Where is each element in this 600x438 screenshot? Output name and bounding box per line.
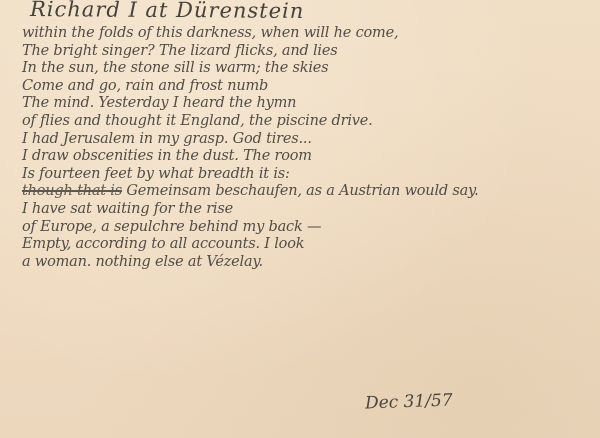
poem-line: I had Jerusalem in my grasp. God tires..… bbox=[22, 131, 592, 149]
date-signature: Dec 31/57 bbox=[365, 390, 453, 413]
poem-line: a woman. nothing else at Vézelay. bbox=[22, 254, 592, 272]
line-continuation: Gemeinsam beschaufen, as a Austrian woul… bbox=[122, 183, 479, 199]
poem-line: of flies and thought it England, the pis… bbox=[22, 113, 592, 131]
poem-line: I draw obscenities in the dust. The room bbox=[22, 148, 592, 166]
poem-title: Richard I at Dürenstein bbox=[30, 0, 305, 23]
struck-out-text: though that is bbox=[22, 183, 122, 199]
poem-line: within the folds of this darkness, when … bbox=[22, 25, 592, 43]
poem-line-with-strikethrough: though that is Gemeinsam beschaufen, as … bbox=[22, 183, 592, 201]
poem-line: The bright singer? The lizard flicks, an… bbox=[22, 43, 592, 61]
poem-body: within the folds of this darkness, when … bbox=[22, 25, 592, 271]
poem-line: Is fourteen feet by what breadth it is: bbox=[22, 166, 592, 184]
poem-line: Empty, according to all accounts. I look bbox=[22, 236, 592, 254]
poem-line: In the sun, the stone sill is warm; the … bbox=[22, 60, 592, 78]
poem-line: I have sat waiting for the rise bbox=[22, 201, 592, 219]
manuscript-page: Richard I at Dürenstein within the folds… bbox=[0, 0, 600, 438]
poem-line: Come and go, rain and frost numb bbox=[22, 78, 592, 96]
poem-line: of Europe, a sepulchre behind my back — bbox=[22, 219, 592, 237]
poem-line: The mind. Yesterday I heard the hymn bbox=[22, 95, 592, 113]
